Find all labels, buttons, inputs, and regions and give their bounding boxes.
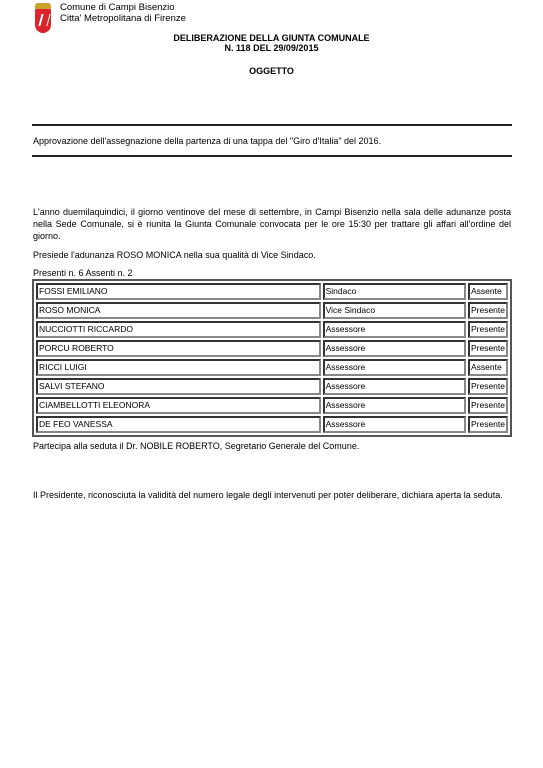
member-role: Assessore xyxy=(323,359,466,376)
document-title: DELIBERAZIONE DELLA GIUNTA COMUNALE xyxy=(0,33,543,43)
divider-bottom xyxy=(32,155,512,157)
member-role: Sindaco xyxy=(323,283,466,300)
member-role: Assessore xyxy=(323,397,466,414)
intro-paragraph: L'anno duemilaquindici, il giorno ventin… xyxy=(33,206,511,242)
table-row: SALVI STEFANOAssessorePresente xyxy=(36,378,508,395)
org-region: Citta' Metropolitana di Firenze xyxy=(60,13,186,24)
member-status: Presente xyxy=(468,302,508,319)
member-name: RICCI LUIGI xyxy=(36,359,321,376)
member-status: Assente xyxy=(468,283,508,300)
subject-text: Approvazione dell'assegnazione della par… xyxy=(33,136,381,146)
table-row: ROSO MONICAVice SindacoPresente xyxy=(36,302,508,319)
divider-top xyxy=(32,124,512,126)
member-status: Presente xyxy=(468,416,508,433)
table-row: PORCU ROBERTOAssessorePresente xyxy=(36,340,508,357)
organization-header: Comune di Campi Bisenzio Citta' Metropol… xyxy=(60,2,186,24)
member-name: PORCU ROBERTO xyxy=(36,340,321,357)
member-name: FOSSI EMILIANO xyxy=(36,283,321,300)
document-title-block: DELIBERAZIONE DELLA GIUNTA COMUNALE N. 1… xyxy=(0,33,543,53)
member-status: Presente xyxy=(468,378,508,395)
members-table: FOSSI EMILIANOSindacoAssenteROSO MONICAV… xyxy=(32,279,512,437)
coat-of-arms-icon xyxy=(34,3,52,35)
secretary-paragraph: Partecipa alla seduta il Dr. NOBILE ROBE… xyxy=(33,440,511,452)
shield-icon xyxy=(35,9,51,33)
presides-paragraph: Presiede l'adunanza ROSO MONICA nella su… xyxy=(33,249,511,261)
table-row: NUCCIOTTI RICCARDOAssessorePresente xyxy=(36,321,508,338)
member-status: Presente xyxy=(468,340,508,357)
closing-paragraph: Il Presidente, riconosciuta la validità … xyxy=(33,489,511,501)
org-name: Comune di Campi Bisenzio xyxy=(60,2,186,13)
member-name: NUCCIOTTI RICCARDO xyxy=(36,321,321,338)
member-status: Presente xyxy=(468,321,508,338)
member-role: Vice Sindaco xyxy=(323,302,466,319)
member-role: Assessore xyxy=(323,378,466,395)
member-status: Presente xyxy=(468,397,508,414)
member-name: DE FEO VANESSA xyxy=(36,416,321,433)
table-row: DE FEO VANESSAAssessorePresente xyxy=(36,416,508,433)
member-status: Assente xyxy=(468,359,508,376)
document-number: N. 118 DEL 29/09/2015 xyxy=(0,43,543,53)
member-name: SALVI STEFANO xyxy=(36,378,321,395)
member-role: Assessore xyxy=(323,340,466,357)
attendance-summary: Presenti n. 6 Assenti n. 2 xyxy=(33,267,511,279)
table-row: FOSSI EMILIANOSindacoAssente xyxy=(36,283,508,300)
table-row: CIAMBELLOTTI ELEONORAAssessorePresente xyxy=(36,397,508,414)
member-role: Assessore xyxy=(323,416,466,433)
section-heading: OGGETTO xyxy=(0,66,543,76)
member-role: Assessore xyxy=(323,321,466,338)
table-row: RICCI LUIGIAssessoreAssente xyxy=(36,359,508,376)
member-name: CIAMBELLOTTI ELEONORA xyxy=(36,397,321,414)
member-name: ROSO MONICA xyxy=(36,302,321,319)
